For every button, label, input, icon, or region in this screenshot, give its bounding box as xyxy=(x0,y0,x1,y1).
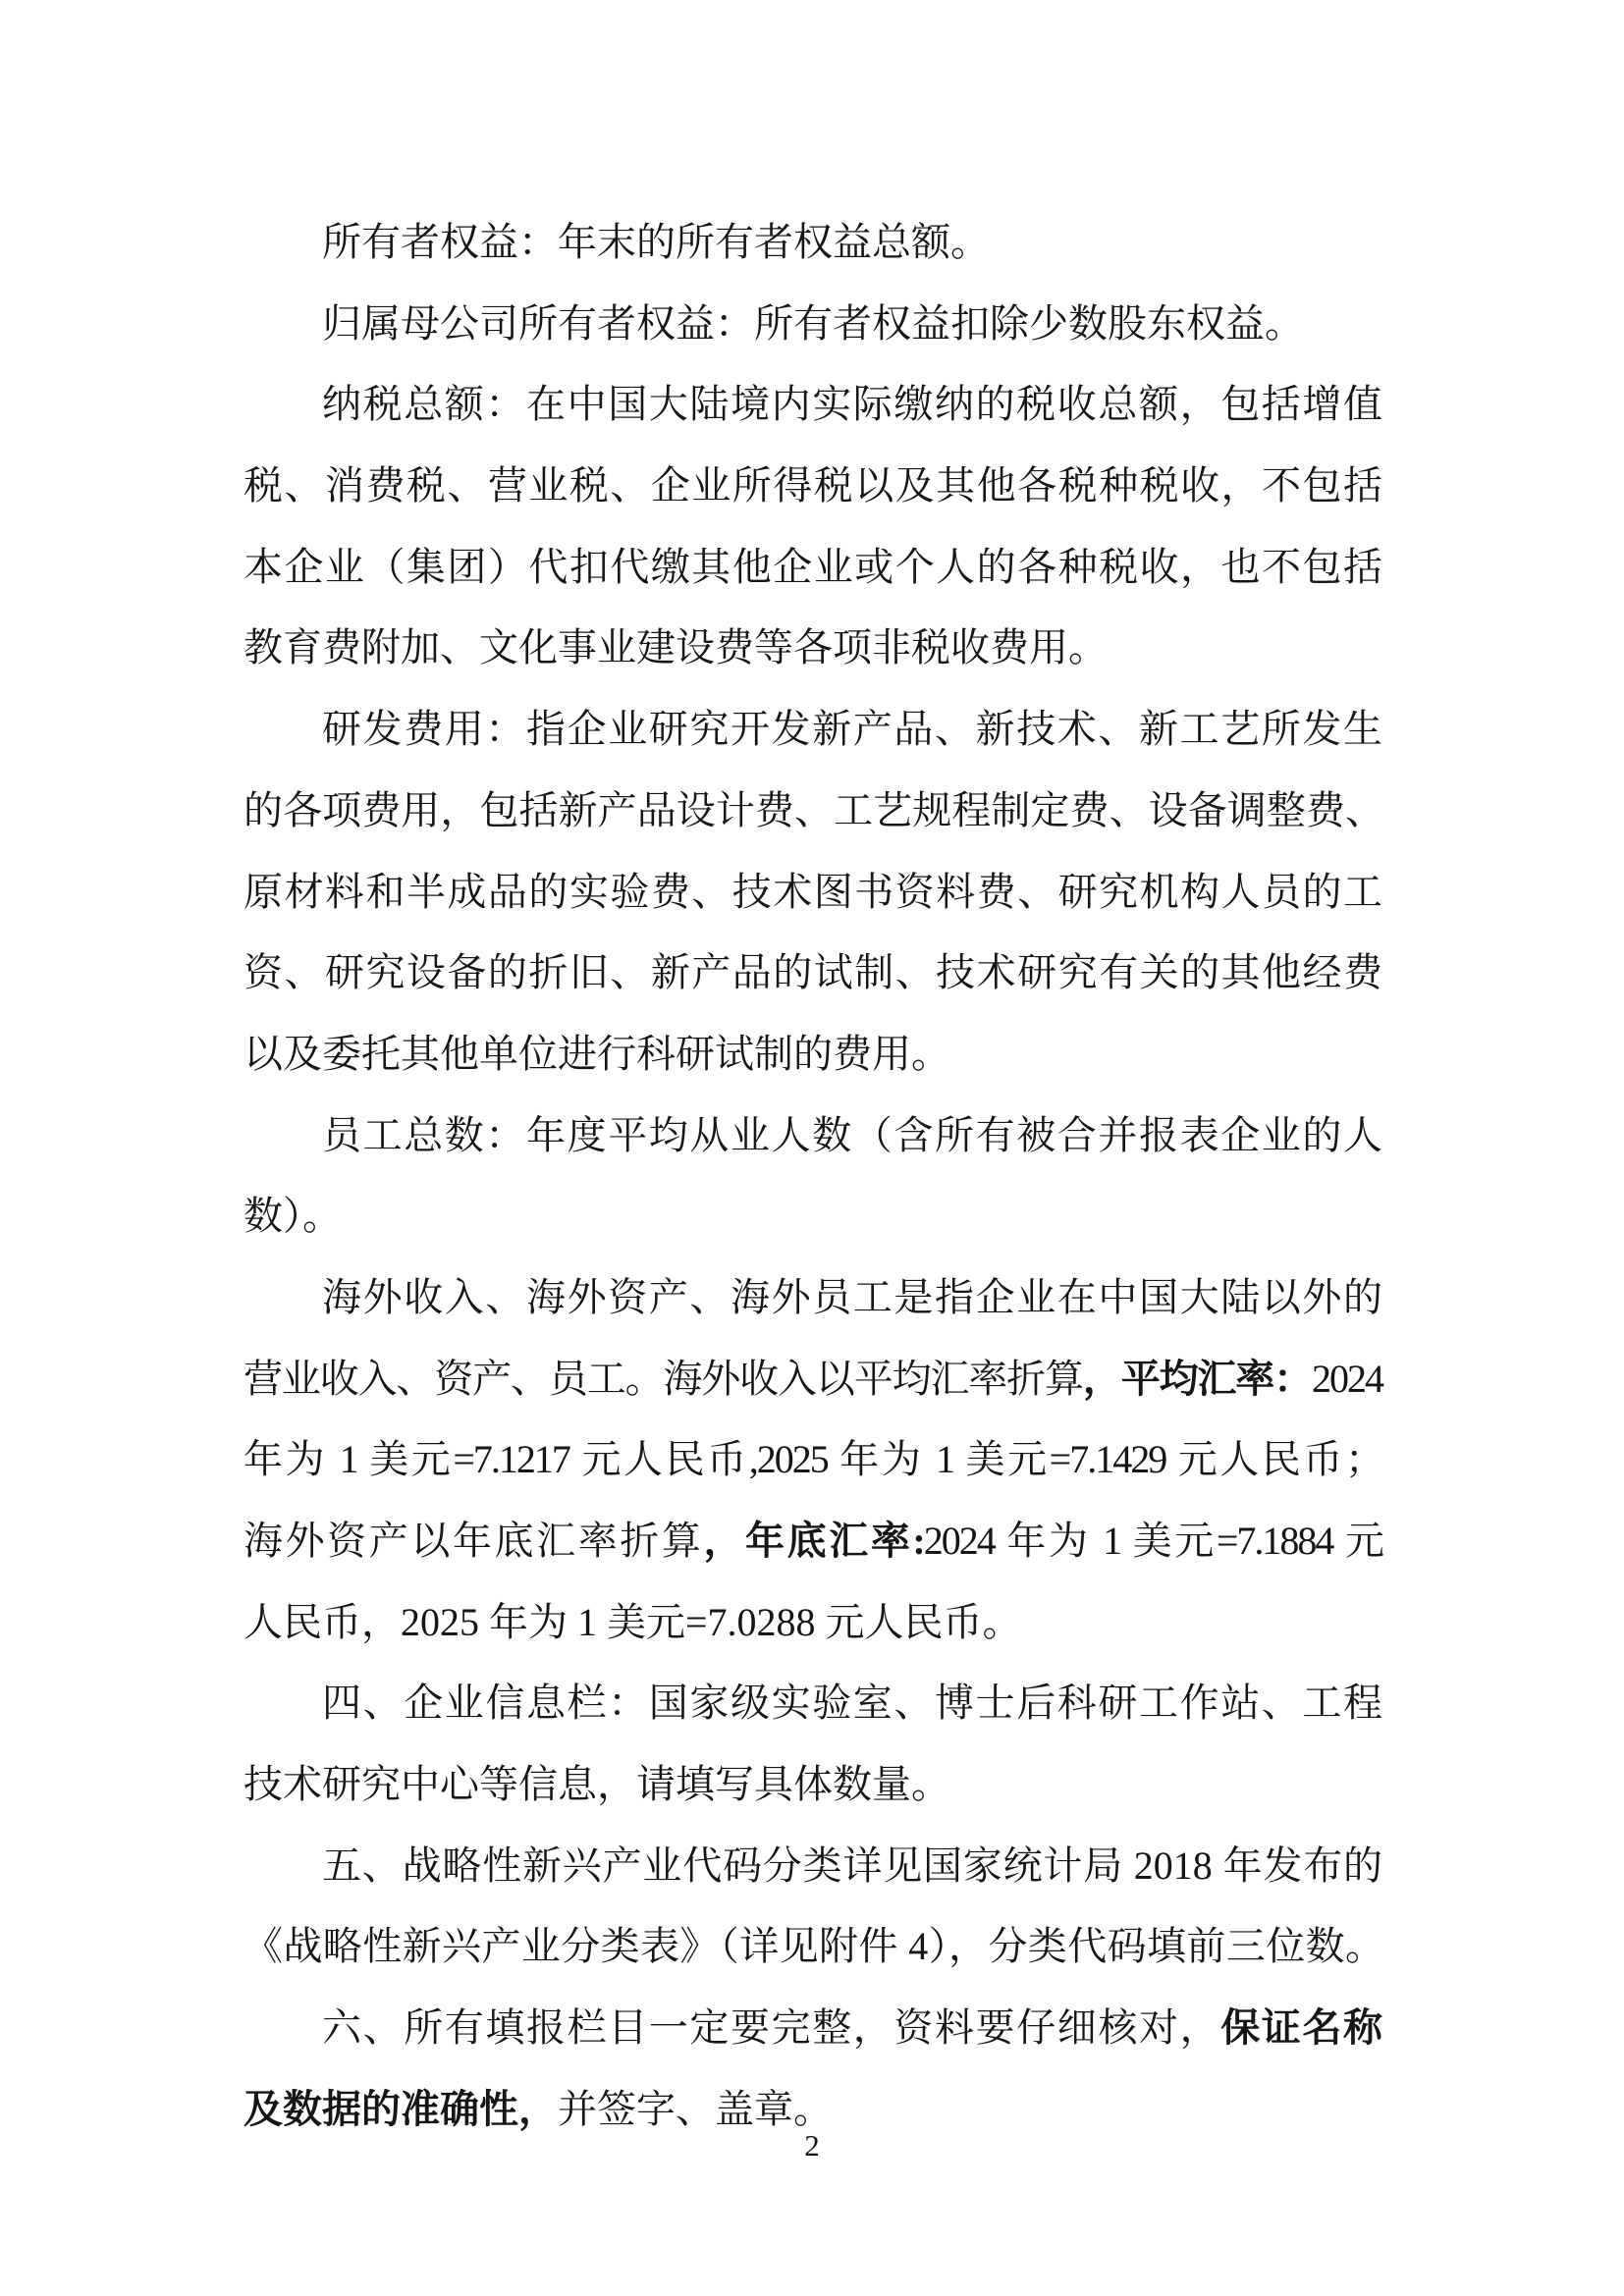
text-run: 数）。 xyxy=(244,1194,342,1238)
text-line: 六、所有填报栏目一定要完整，资料要仔细核对，保证名称 xyxy=(244,1988,1382,2069)
text-run: 海外收入、海外资产、海外员工是指企业在中国大陆以外的 xyxy=(322,1275,1382,1319)
text-run: 所有者权益：年末的所有者权益总额。 xyxy=(322,220,990,264)
text-line: 年为 1 美元=7.1217 元人民币,2025 年为 1 美元=7.1429 … xyxy=(244,1419,1382,1501)
text-line: 《战略性新兴产业分类表》（详见附件 4），分类代码填前三位数。 xyxy=(244,1906,1382,1988)
text-line: 海外资产以年底汇率折算，年底汇率:2024 年为 1 美元=7.1884 元 xyxy=(244,1501,1382,1582)
text-line: 原材料和半成品的实验费、技术图书资料费、研究机构人员的工 xyxy=(244,852,1382,934)
text-run: 年为 1 美元=7.1217 元人民币,2025 年为 1 美元=7.1429 … xyxy=(244,1437,1382,1481)
paragraph: 员工总数：年度平均从业人数（含所有被合并报表企业的人数）。 xyxy=(244,1095,1382,1257)
paragraph: 五、战略性新兴产业代码分类详见国家统计局 2018 年发布的《战略性新兴产业分类… xyxy=(244,1826,1382,1988)
paragraph: 归属母公司所有者权益：所有者权益扣除少数股东权益。 xyxy=(244,284,1382,365)
text-run: 员工总数：年度平均从业人数（含所有被合并报表企业的人 xyxy=(322,1113,1382,1157)
text-line: 的各项费用，包括新产品设计费、工艺规程制定费、设备调整费、 xyxy=(244,771,1382,852)
text-line: 本企业（集团）代扣代缴其他企业或个人的各种税收，也不包括 xyxy=(244,527,1382,609)
paragraph: 纳税总额：在中国大陆境内实际缴纳的税收总额，包括增值税、消费税、营业税、企业所得… xyxy=(244,364,1382,689)
text-run: 四、企业信息栏：国家级实验室、博士后科研工作站、工程 xyxy=(322,1681,1382,1725)
text-run: 税、消费税、营业税、企业所得税以及其他各税种税收，不包括 xyxy=(244,463,1382,507)
text-run: 技术研究中心等信息，请填写具体数量。 xyxy=(244,1762,950,1806)
document-body: 所有者权益：年末的所有者权益总额。归属母公司所有者权益：所有者权益扣除少数股东权… xyxy=(244,202,1382,2151)
bold-text-run: 及数据的准确性， xyxy=(244,2087,558,2131)
text-run: 本企业（集团）代扣代缴其他企业或个人的各种税收，也不包括 xyxy=(244,545,1382,589)
text-run: 六、所有填报栏目一定要完整，资料要仔细核对， xyxy=(322,2005,1220,2050)
text-run: 2024 年为 1 美元=7.1884 元 xyxy=(924,1519,1382,1563)
bold-text-run: 保证名称 xyxy=(1220,2005,1382,2050)
text-run: 2024 xyxy=(1312,1357,1382,1401)
text-line: 税、消费税、营业税、企业所得税以及其他各税种税收，不包括 xyxy=(244,446,1382,527)
text-line: 研发费用：指企业研究开发新产品、新技术、新工艺所发生 xyxy=(244,689,1382,771)
text-line: 技术研究中心等信息，请填写具体数量。 xyxy=(244,1744,1382,1826)
text-run: 的各项费用，包括新产品设计费、工艺规程制定费、设备调整费、 xyxy=(244,788,1382,832)
text-line: 营业收入、资产、员工。海外收入以平均汇率折算，平均汇率：2024 xyxy=(244,1339,1382,1420)
text-line: 五、战略性新兴产业代码分类详见国家统计局 2018 年发布的 xyxy=(244,1826,1382,1907)
text-run: 教育费附加、文化事业建设费等各项非税收费用。 xyxy=(244,625,1108,669)
bold-text-run: ，年底汇率: xyxy=(703,1519,923,1563)
text-run: 归属母公司所有者权益：所有者权益扣除少数股东权益。 xyxy=(322,301,1304,346)
bold-text-run: ，平均汇率： xyxy=(1083,1357,1312,1401)
text-line: 所有者权益：年末的所有者权益总额。 xyxy=(244,202,1382,284)
text-line: 教育费附加、文化事业建设费等各项非税收费用。 xyxy=(244,608,1382,689)
paragraph: 研发费用：指企业研究开发新产品、新技术、新工艺所发生的各项费用，包括新产品设计费… xyxy=(244,689,1382,1095)
text-run: 资、研究设备的折旧、新产品的试制、技术研究有关的其他经费 xyxy=(244,950,1382,994)
text-line: 以及委托其他单位进行科研试制的费用。 xyxy=(244,1014,1382,1095)
text-run: 海外资产以年底汇率折算 xyxy=(244,1519,703,1563)
text-line: 人民币，2025 年为 1 美元=7.0288 元人民币。 xyxy=(244,1582,1382,1664)
text-line: 纳税总额：在中国大陆境内实际缴纳的税收总额，包括增值 xyxy=(244,364,1382,446)
text-line: 员工总数：年度平均从业人数（含所有被合并报表企业的人 xyxy=(244,1095,1382,1177)
document-page: 所有者权益：年末的所有者权益总额。归属母公司所有者权益：所有者权益扣除少数股东权… xyxy=(0,0,1624,2296)
text-run: 以及委托其他单位进行科研试制的费用。 xyxy=(244,1032,950,1076)
text-run: 人民币，2025 年为 1 美元=7.0288 元人民币。 xyxy=(244,1600,1022,1644)
page-number: 2 xyxy=(0,2130,1624,2161)
text-run: 纳税总额：在中国大陆境内实际缴纳的税收总额，包括增值 xyxy=(322,382,1382,426)
paragraph: 六、所有填报栏目一定要完整，资料要仔细核对，保证名称及数据的准确性，并签字、盖章… xyxy=(244,1988,1382,2150)
text-run: 研发费用：指企业研究开发新产品、新技术、新工艺所发生 xyxy=(322,707,1382,751)
text-line: 海外收入、海外资产、海外员工是指企业在中国大陆以外的 xyxy=(244,1257,1382,1339)
paragraph: 四、企业信息栏：国家级实验室、博士后科研工作站、工程技术研究中心等信息，请填写具… xyxy=(244,1663,1382,1825)
paragraph: 海外收入、海外资产、海外员工是指企业在中国大陆以外的营业收入、资产、员工。海外收… xyxy=(244,1257,1382,1663)
text-run: 原材料和半成品的实验费、技术图书资料费、研究机构人员的工 xyxy=(244,870,1382,914)
text-line: 数）。 xyxy=(244,1176,1382,1257)
text-line: 资、研究设备的折旧、新产品的试制、技术研究有关的其他经费 xyxy=(244,933,1382,1014)
text-run: 并签字、盖章。 xyxy=(558,2087,833,2131)
text-run: 《战略性新兴产业分类表》（详见附件 4），分类代码填前三位数。 xyxy=(244,1924,1382,1968)
paragraph: 所有者权益：年末的所有者权益总额。 xyxy=(244,202,1382,284)
text-line: 四、企业信息栏：国家级实验室、博士后科研工作站、工程 xyxy=(244,1663,1382,1744)
text-run: 营业收入、资产、员工。海外收入以平均汇率折算 xyxy=(244,1357,1083,1401)
text-run: 五、战略性新兴产业代码分类详见国家统计局 2018 年发布的 xyxy=(322,1843,1382,1888)
text-line: 归属母公司所有者权益：所有者权益扣除少数股东权益。 xyxy=(244,284,1382,365)
